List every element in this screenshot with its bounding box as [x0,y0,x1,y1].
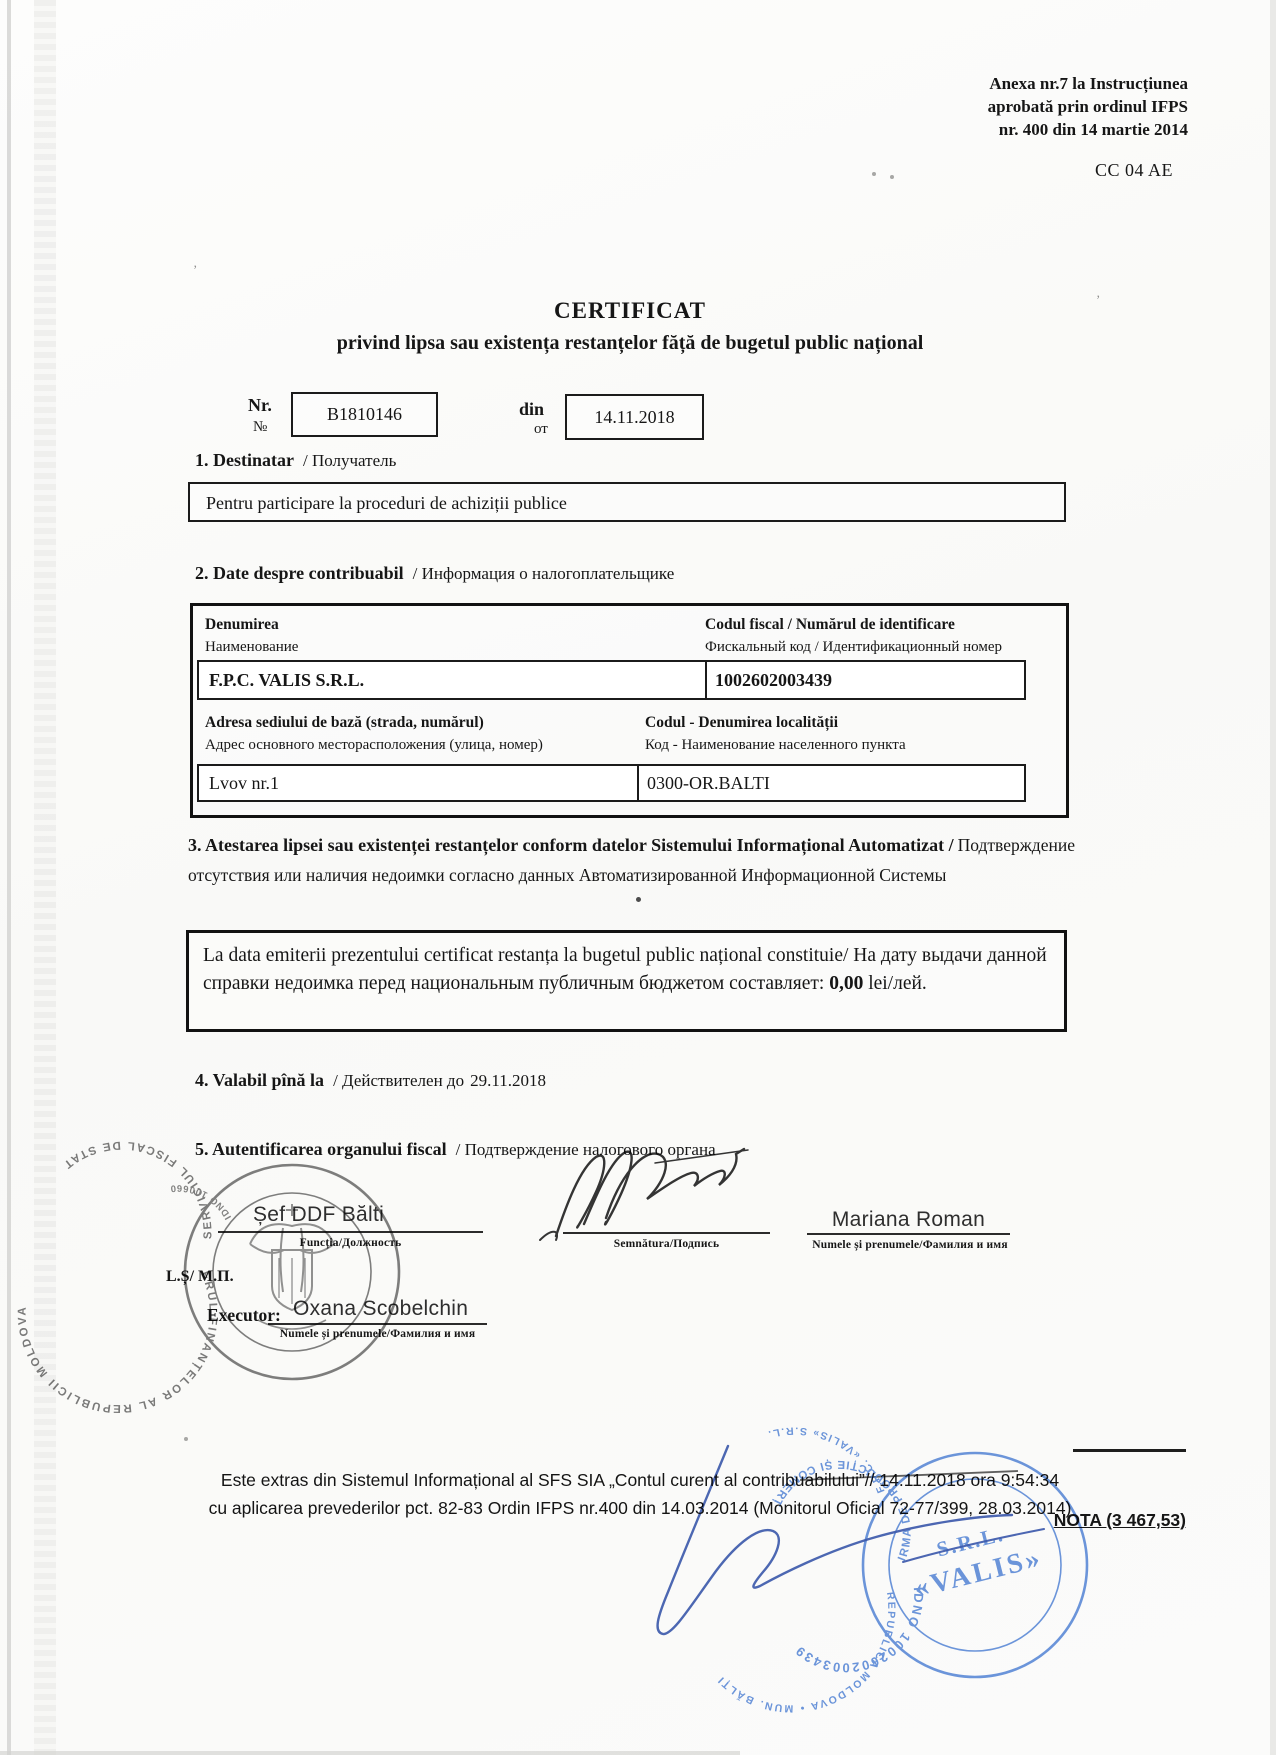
section4-heading-ro: 4. Valabil pînă la [195,1070,324,1090]
inspector-name-line [807,1233,1010,1235]
address-label-block: Adresa sediului de bază (strada, numărul… [205,712,543,756]
statement-box: La data emiterii prezentului certificat … [186,930,1067,1032]
executor-name-label: Numele și prenumele/Фамилия и имя [268,1328,487,1340]
signature-line [563,1232,770,1234]
scan-edge-line [7,0,11,1755]
name-value-cell: F.P.C. VALIS S.R.L. [199,670,705,691]
nota-value: NOTA (3 467,53) [900,1510,1186,1531]
scan-speck [890,175,894,179]
din-value-box: 14.11.2018 [565,394,704,440]
nota-top-line [1073,1449,1186,1452]
valis-stamp-outer-top: REPUBLICA MOLDOVA • MUN. BĂLȚI [715,1591,898,1714]
position-value: Șef DDF Bălti [253,1203,384,1227]
fiscal-value-cell: 1002602003439 [705,662,1024,698]
doc-code: CC 04 AE [1095,160,1173,181]
scanned-certificate-page: ’ ’ Anexa nr.7 la Instrucțiunea aprobată… [0,0,1276,1755]
fiscal-stamp-idno: IDNO 100660 [169,1182,235,1221]
svg-text:SERVICIUL FISCAL DE STAT: SERVICIUL FISCAL DE STAT [60,1139,215,1240]
name-label-block: Denumirea Наименование [205,614,298,658]
restanta-amount: 0,00 [829,973,863,994]
section4-heading-ru: / Действителен до [333,1071,464,1090]
locality-label-ru: Код - Наименование населенного пункта [645,734,1045,756]
executor-line [268,1323,487,1325]
scan-speck [872,172,876,176]
section1-heading-ro: 1. Destinatar [195,450,294,470]
scan-edge-band [34,0,56,1755]
fiscal-label-ru: Фискальный код / Идентификационный номер [705,636,1055,658]
address-value-cell: Lvov nr.1 [199,773,637,794]
position-line [218,1231,483,1233]
valid-until-date: 29.11.2018 [470,1071,546,1090]
address-label-ro: Adresa sediului de bază (strada, numărul… [205,712,543,734]
locality-label-ro: Codul - Denumirea localității [645,712,1045,734]
restanta-amount-unit: lei/лей. [868,973,927,994]
section3-heading-ro: 3. Atestarea lipsei sau existenței resta… [188,835,954,855]
section4-line: 4. Valabil pînă la / Действителен до 29.… [195,1070,546,1091]
fiscal-stamp-ring-bottom: SERVICIUL FISCAL DE STAT [60,1139,215,1240]
name-label-ru: Наименование [205,636,298,658]
section5-heading-ru: / Подтверждение налогового органа [456,1140,716,1159]
section5-heading: 5. Autentificarea organului fiscal / Под… [195,1139,716,1160]
scan-edge-bottom [0,1751,740,1755]
nr-label-ru: № [253,419,267,436]
fiscal-label-block: Codul fiscal / Numărul de identificare Ф… [705,614,1055,658]
doc-subtitle: privind lipsa sau existența restanțelor … [100,332,1160,355]
anexa-line: Anexa nr.7 la Instrucțiunea [868,72,1188,95]
table-row: F.P.C. VALIS S.R.L. 1002602003439 [197,660,1026,700]
valis-stamp-name: «VALIS» [911,1542,1046,1604]
scan-speck [636,897,641,902]
seal-place-label: L.Ș/ M.П. [166,1268,234,1286]
section2-heading: 2. Date despre contribuabil / Информация… [195,563,674,584]
din-label: din [519,399,544,420]
section2-heading-ru: / Информация о налогоплательщике [413,564,675,583]
valis-stamp-idno: IDNO 1002602003439 [792,1587,927,1676]
scan-speck: ’ [193,262,197,278]
svg-text:IDNO 100660: IDNO 100660 [169,1182,235,1221]
din-label-ru: от [534,421,548,438]
svg-text:REPUBLICA MOLDOVA • MUN. BĂLȚI: REPUBLICA MOLDOVA • MUN. BĂLȚI [715,1591,898,1714]
scan-edge-right [1270,0,1276,1755]
svg-text:IDNO 1002602003439: IDNO 1002602003439 [792,1587,927,1676]
locality-value-cell: 0300-OR.BALTI [637,766,1024,800]
table-row: Lvov nr.1 0300-OR.BALTI [197,764,1026,802]
fiscal-stamp-ring-top: MINISTERUL FINANȚELOR AL REPUBLICII MOLD… [0,0,219,1414]
svg-text:MINISTERUL FINANȚELOR AL REPUB: MINISTERUL FINANȚELOR AL REPUBLICII MOLD… [0,0,219,1414]
name-label-ro: Denumirea [205,614,298,636]
inspector-name: Mariana Roman [807,1208,1010,1232]
anexa-line: aprobată prin ordinul IFPS [868,95,1188,118]
inspector-name-label: Numele și prenumele/Фамилия и имя [770,1239,1050,1251]
section5-heading-ro: 5. Autentificarea organului fiscal [195,1139,447,1159]
anexa-line: nr. 400 din 14 martie 2014 [868,118,1188,141]
address-label-ru: Адрес основного месторасположения (улица… [205,734,543,756]
section2-heading-ro: 2. Date despre contribuabil [195,563,404,583]
section1-heading-ru: / Получатель [303,451,396,470]
statement-ro: La data emiterii prezentului certificat … [203,945,848,966]
section3-heading: 3. Atestarea lipsei sau existenței resta… [188,831,1083,891]
scan-speck [184,1437,188,1441]
anexa-note: Anexa nr.7 la Instrucțiunea aprobată pri… [868,72,1188,141]
inspector-signature [540,1149,748,1240]
doc-title: CERTIFICAT [100,298,1160,324]
signature-label: Semnătura/Подпись [563,1238,770,1250]
locality-label-block: Codul - Denumirea localității Код - Наим… [645,712,1045,756]
nr-label: Nr. [248,395,272,416]
nr-value-box: B1810146 [291,392,438,437]
destinatar-box: Pentru participare la proceduri de achiz… [188,482,1066,522]
position-label: Funcția/Должность [218,1237,483,1249]
executor-name: Oxana Scobelchin [293,1297,468,1321]
footer-line1: Este extras din Sistemul Informațional a… [110,1466,1170,1494]
section1-heading: 1. Destinatar / Получатель [195,450,396,471]
fiscal-label-ro: Codul fiscal / Numărul de identificare [705,614,1055,636]
